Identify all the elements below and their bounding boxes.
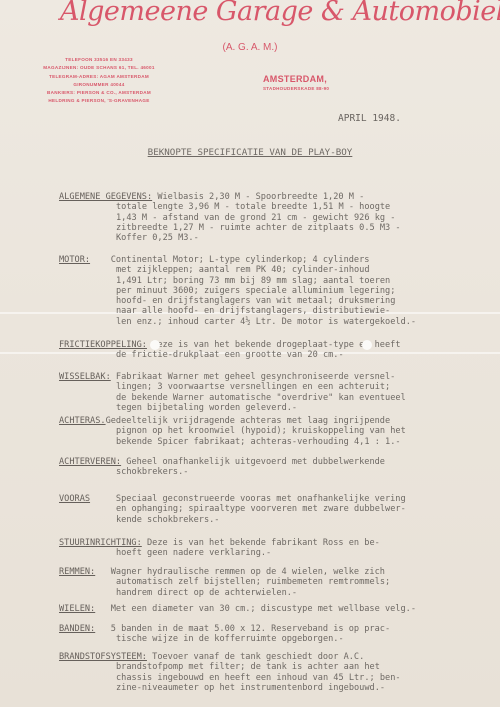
section-label: FRICTIEKOPPELING:	[59, 340, 147, 350]
section-label: REMMEN:	[59, 567, 95, 577]
section-text-line: 1,43 M - afstand van de grond 21 cm - ge…	[59, 213, 499, 223]
section-text: Wagner hydraulische remmen op de 4 wiele…	[95, 567, 385, 577]
section-text: Wielbasis 2,30 M - Spoorbreedte 1,20 M -	[152, 192, 364, 202]
section-text-line: len enz.; inhoud carter 4½ Ltr. De motor…	[59, 317, 499, 327]
spec-section: BANDEN: 5 banden in de maat 5.00 x 12. R…	[59, 624, 499, 645]
section-text-line: automatisch zelf bijstellen; ruimbemeten…	[59, 577, 499, 587]
section-text-line: chassis ingebouwd en heeft een inhoud va…	[59, 673, 499, 683]
contact-line: MAGAZIJNEN: OUDE SCHANS 61, TEL. 46001	[36, 64, 162, 72]
spec-section: WISSELBAK: Fabrikaat Warner met geheel g…	[59, 372, 499, 413]
section-text-line: brandstofpomp met filter; de tank is ach…	[59, 662, 499, 672]
section-text-line: zine-niveaumeter op het instrumentenbord…	[59, 683, 499, 693]
document-title: BEKNOPTE SPECIFICATIE VAN DE PLAY-BOY	[0, 147, 500, 158]
section-text-line: tische wijze in de kofferruimte opgeborg…	[59, 634, 499, 644]
section-text: Speciaal geconstrueerde vooras met onafh…	[90, 494, 406, 504]
section-text: Toevoer vanaf de tank geschiedt door A.C…	[147, 652, 364, 662]
punch-hole	[150, 340, 160, 350]
spec-section: VOORAS Speciaal geconstrueerde vooras me…	[59, 494, 499, 525]
section-label: ACHTERAS.	[59, 416, 106, 426]
section-text-line: schokbrekers.-	[59, 467, 499, 477]
contact-line: GIRONUMMER 40044	[36, 81, 162, 89]
section-text-line: hoeft geen nadere verklaring.-	[59, 548, 499, 558]
section-text-line: per minuut 3600; zuigers speciale allumi…	[59, 286, 499, 296]
spec-section: MOTOR: Continental Motor; L-type cylinde…	[59, 255, 499, 327]
section-text-line: bekende Spicer fabrikaat; achteras-verho…	[59, 437, 499, 447]
contact-line: BANKIERS: PIERSON & CO., AMSTERDAM	[36, 89, 162, 97]
section-text-line: lingen; 3 voorwaartse versnellingen en e…	[59, 382, 499, 392]
section-text: Gedeeltelijk vrijdragende achteras met l…	[106, 416, 391, 426]
section-label: ACHTERVEREN:	[59, 457, 121, 467]
section-text-line: pignon op het kroonwiel (hypoid); kruisk…	[59, 426, 499, 436]
section-text-line: kende schokbrekers.-	[59, 515, 499, 525]
section-text-line: 1,491 Ltr; boring 73 mm bij 89 mm slag; …	[59, 276, 499, 286]
section-text-line: totale lengte 3,96 M - totale breedte 1,…	[59, 202, 499, 212]
section-text: 5 banden in de maat 5.00 x 12. Reserveba…	[95, 624, 390, 634]
contact-line: HELDRING & PIERSON, 'S-GRAVENHAGE	[36, 97, 162, 105]
letter-date: APRIL 1948.	[338, 113, 401, 124]
section-label: BRANDSTOFSYSTEEM:	[59, 652, 147, 662]
company-abbreviation: (A. G. A. M.)	[0, 42, 500, 53]
section-text-line: zitbreedte 1,27 M - ruimte achter de zit…	[59, 223, 499, 233]
spec-section: BRANDSTOFSYSTEEM: Toevoer vanaf de tank …	[59, 652, 499, 693]
section-text-line: naar alle hoofd- en drijfstanglagers, di…	[59, 306, 499, 316]
section-text: Met een diameter van 30 cm.; discustype …	[95, 604, 416, 614]
spec-section: ACHTERAS.Gedeeltelijk vrijdragende achte…	[59, 416, 499, 447]
section-label: STUURINRICHTING:	[59, 538, 142, 548]
section-text: Fabrikaat Warner met geheel gesynchronis…	[111, 372, 396, 382]
spec-section: ACHTERVEREN: Geheel onafhankelijk uitgev…	[59, 457, 499, 478]
section-label: MOTOR:	[59, 255, 90, 265]
section-text-line: hoofd- en drijfstanglagers van wit metaa…	[59, 296, 499, 306]
section-text-line: de frictie-drukplaat een grootte van 20 …	[59, 350, 499, 360]
spec-section: REMMEN: Wagner hydraulische remmen op de…	[59, 567, 499, 598]
section-text-line: Koffer 0,25 M3.-	[59, 233, 499, 243]
section-text-line: tegen bijbetaling worden geleverd.-	[59, 403, 499, 413]
spec-section: STUURINRICHTING: Deze is van het bekende…	[59, 538, 499, 559]
contact-line: TELEFOON 33516 EN 33433	[36, 56, 162, 64]
section-text-line: met zijkleppen; aantal rem PK 40; cylind…	[59, 265, 499, 275]
section-label: WISSELBAK:	[59, 372, 111, 382]
section-label: VOORAS	[59, 494, 90, 504]
section-label: WIELEN:	[59, 604, 95, 614]
company-name: Algemeene Garage & Automobiel Mij.	[60, 0, 460, 27]
section-label: BANDEN:	[59, 624, 95, 634]
punch-hole	[362, 340, 372, 350]
section-text-line: en ophanging; spiraaltype voorveren met …	[59, 504, 499, 514]
letterhead-street: STADHOUDERSKADE 88-90	[263, 86, 329, 91]
section-text: Geheel onafhankelijk uitgevoerd met dubb…	[121, 457, 385, 467]
section-label: ALGEMENE GEGEVENS:	[59, 192, 152, 202]
section-text: Continental Motor; L-type cylinderkop; 4…	[90, 255, 369, 265]
spec-section: WIELEN: Met een diameter van 30 cm.; dis…	[59, 604, 499, 614]
letterhead-city: AMSTERDAM,	[263, 74, 327, 84]
contact-line: TELEGRAM-ADRES: AGAM AMSTERDAM	[36, 73, 162, 81]
spec-section: ALGEMENE GEGEVENS: Wielbasis 2,30 M - Sp…	[59, 192, 499, 243]
section-text: Deze is van het bekende fabrikant Ross e…	[142, 538, 380, 548]
section-text-line: de bekende Warner automatische "overdriv…	[59, 393, 499, 403]
spec-section: FRICTIEKOPPELING: Deze is van het bekend…	[59, 340, 499, 361]
section-text-line: handrem direct op de achterwielen.-	[59, 588, 499, 598]
letterhead-contact-block: TELEFOON 33516 EN 33433 MAGAZIJNEN: OUDE…	[36, 56, 162, 106]
